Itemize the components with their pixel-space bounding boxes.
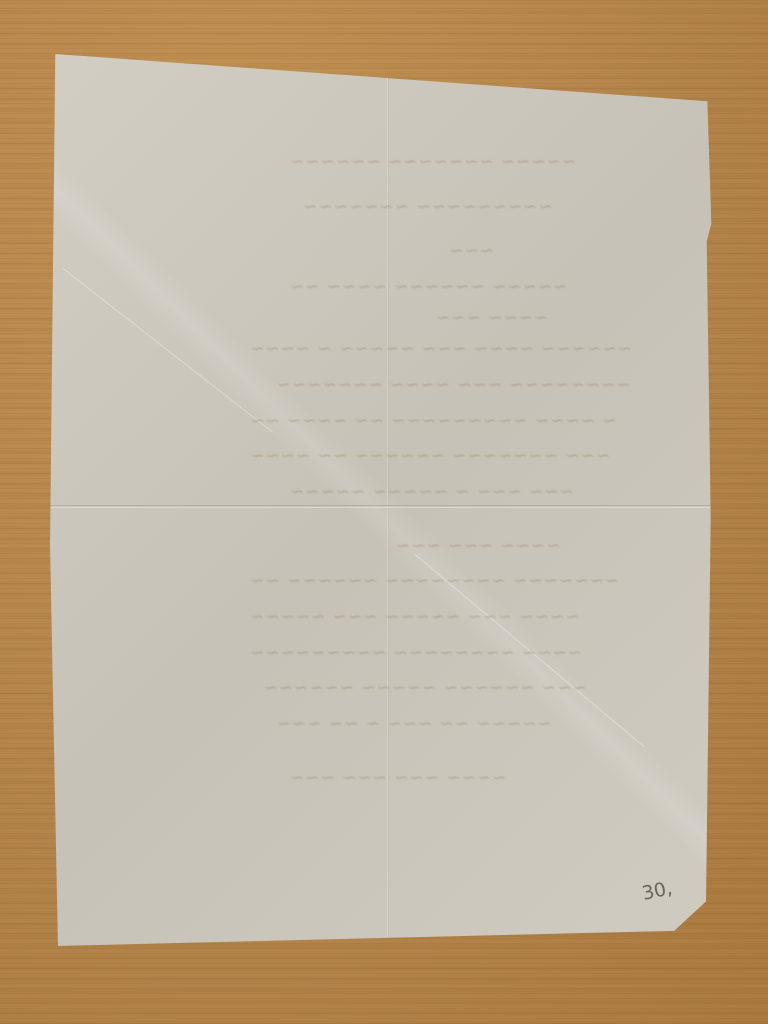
handwriting-line: ~~~~~~~~ ~~~ ~~~~ ~~~~~~~: [276, 375, 631, 395]
show-through-handwriting: ~~~~~ ~~~~~~~ ~~~~~~ ~~~~~~~~~ ~~~~~~~ ~…: [50, 54, 714, 946]
handwriting-line: ~~~ ~~~~~~~ ~~~~~~ ~~ ~~~~: [249, 446, 610, 466]
handwriting-line: ~~~~~~ ~~~~ ~~~ ~~~~~ ~ ~~~~: [249, 339, 632, 359]
handwriting-line: ~ ~~~~ ~~~~~~~~~ ~~ ~~~~ ~~: [249, 411, 616, 431]
handwriting-line: ~~~~~ ~~~~~~~ ~~~~~~: [289, 152, 576, 172]
handwriting-line: ~~~: [448, 241, 494, 261]
letter-sheet: ~~~~~ ~~~~~~~ ~~~~~~ ~~~~~~~~~ ~~~~~~~ ~…: [50, 54, 714, 946]
handwriting-line: ~~~~~~~~~ ~~~~~~~: [302, 197, 552, 217]
handwriting-line: ~~~~ ~~~ ~~~~~ ~~~ ~~~~~: [249, 607, 580, 627]
handwriting-line: ~~~~~~~ ~~~~~~~~ ~~~~~~ ~~: [249, 571, 619, 591]
handwriting-line: ~~~~ ~~~~~~~~ ~~~~~~~~~: [249, 643, 582, 663]
handwriting-line: ~~~~~ ~~ ~~~ ~ ~~ ~~~: [276, 714, 552, 734]
handwriting-line: ~~~~ ~~~: [435, 308, 548, 328]
handwriting-line: ~~~~ ~~~ ~~~: [395, 536, 560, 556]
handwriting-line: ~~~ ~~~~~~ ~~~~~ ~~~~~~: [262, 678, 586, 698]
handwriting-line: ~~~~~ ~~~~~~ ~~~~ ~~: [289, 277, 567, 297]
handwriting-line: ~~~~ ~~~ ~~~ ~~~: [289, 768, 506, 788]
handwriting-line: ~~~ ~~~ ~ ~~~~~ ~~~~~: [289, 482, 574, 502]
